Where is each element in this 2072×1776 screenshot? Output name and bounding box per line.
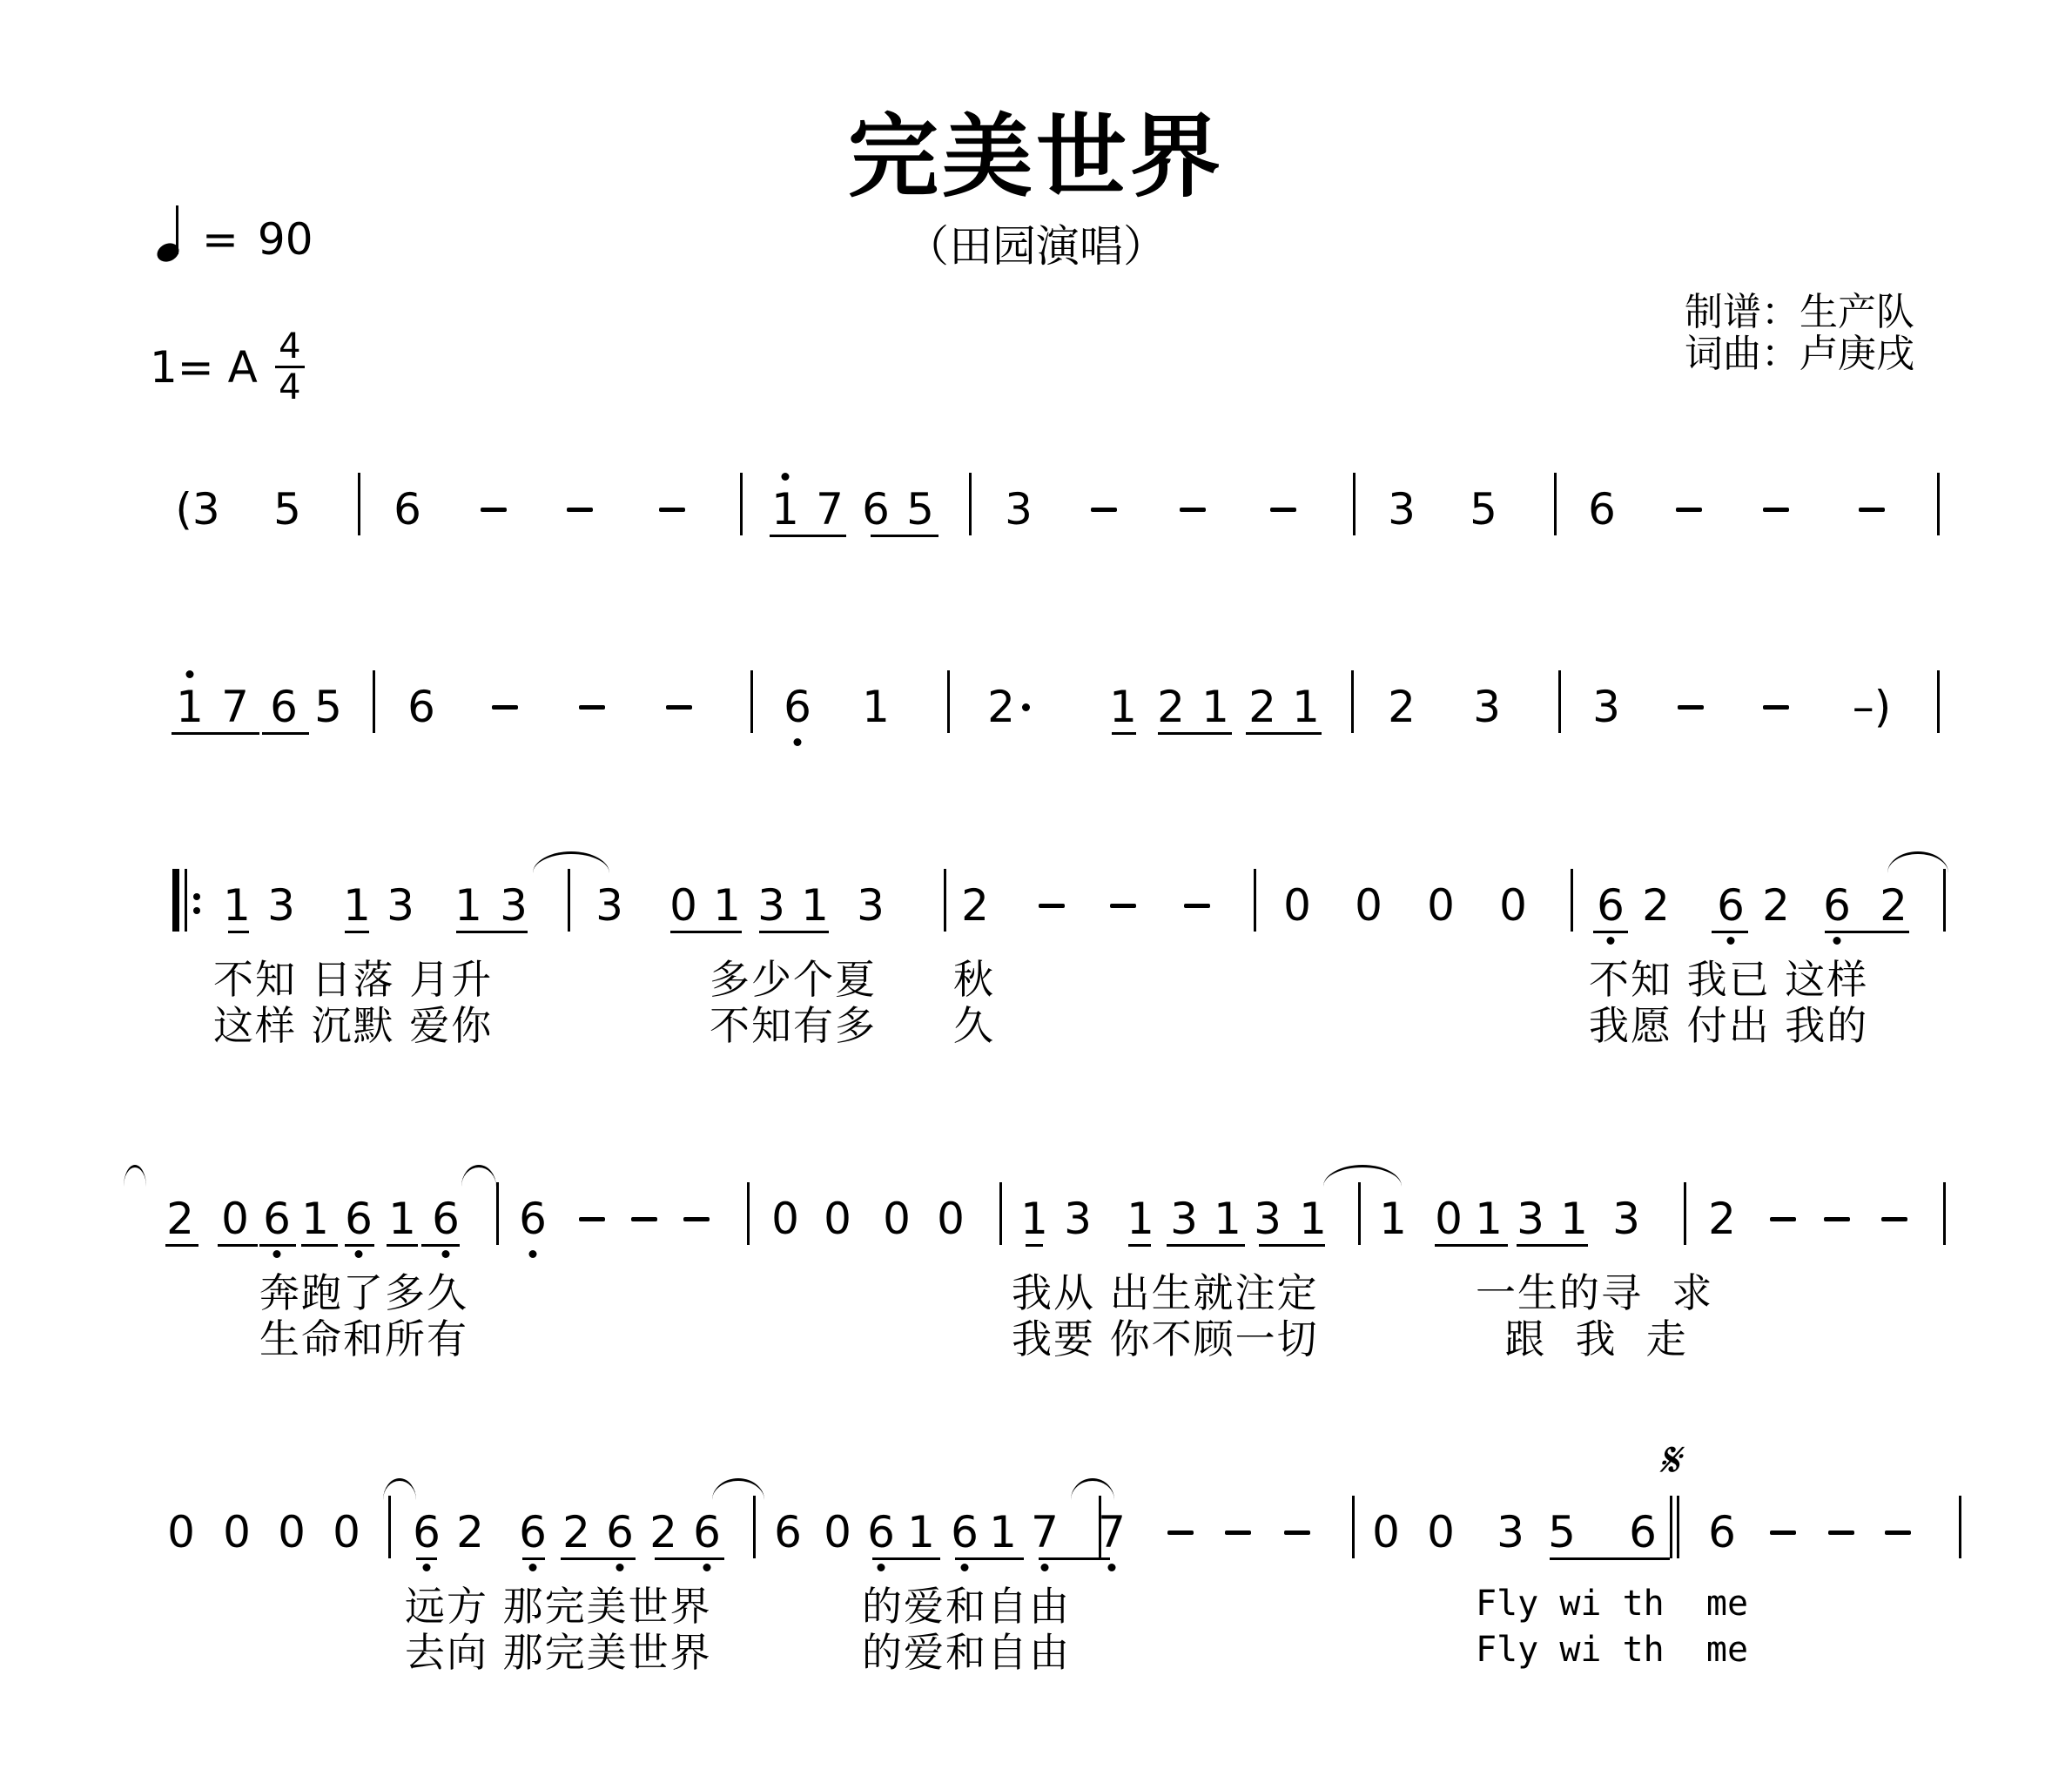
barline — [1558, 670, 1561, 733]
barline — [1943, 869, 1946, 932]
sustain-dash — [1859, 508, 1885, 512]
note: 0 — [221, 1197, 249, 1241]
note: 2 — [1157, 685, 1185, 729]
beam-underline — [262, 732, 309, 735]
note: 2 — [1388, 685, 1416, 729]
note: 1 — [223, 884, 251, 927]
note: 1 — [989, 1510, 1017, 1554]
note: 1 — [1201, 685, 1229, 729]
lyric-verse-2: Fly wi th me — [1476, 1632, 1748, 1667]
song-title: 完美世界 — [0, 111, 2072, 202]
sustain-dash — [492, 705, 518, 710]
octave-down-dot — [273, 1250, 281, 1258]
note: 0 — [883, 1197, 911, 1241]
note: 3 — [500, 884, 528, 927]
sustain-dash — [579, 705, 605, 710]
beam-underline — [345, 1244, 374, 1247]
note: 3 — [857, 884, 885, 927]
double-barline — [1670, 1496, 1672, 1558]
beam-underline — [1026, 1244, 1043, 1247]
note: 2 — [456, 1510, 484, 1554]
beam-underline — [167, 1244, 198, 1247]
lyric-verse-2: 我愿 付出 我的 — [1589, 1006, 1868, 1046]
repeat-dot — [193, 893, 200, 900]
sustain-dash — [666, 705, 692, 710]
note: 0 — [1283, 884, 1311, 927]
lyric-verse-1: 一生的寻 求 — [1476, 1273, 1713, 1313]
note: 1 — [1020, 1197, 1048, 1241]
sustain-dash — [567, 508, 593, 512]
augmentation-dot — [1022, 703, 1030, 711]
lyric-verse-2: 的爱和自由 — [862, 1632, 1071, 1672]
note: 6 — [1823, 884, 1851, 927]
beam-underline — [955, 1557, 1024, 1560]
note: 2 — [1880, 884, 1907, 927]
note: 2 — [1708, 1197, 1736, 1241]
beam-underline — [456, 931, 528, 933]
note: 6 — [1588, 488, 1616, 531]
barline — [1937, 670, 1940, 733]
beam-underline — [522, 1557, 545, 1560]
note: 6 — [519, 1197, 547, 1241]
note: 6 — [606, 1510, 634, 1554]
sustain-dash — [1678, 705, 1704, 710]
tempo-equals: = — [202, 218, 239, 261]
octave-down-dot — [529, 1564, 537, 1571]
note: 1 — [388, 1197, 416, 1241]
note: 6 — [1597, 884, 1625, 927]
beam-underline — [1825, 931, 1909, 933]
barline — [1943, 1182, 1946, 1245]
tie-slur — [124, 1165, 146, 1187]
beam-underline — [1246, 732, 1322, 735]
repeat-start-thick-bar — [172, 869, 179, 932]
barline — [740, 473, 743, 535]
note: 1 — [801, 884, 829, 927]
note: 3 — [1473, 685, 1501, 729]
beam-underline — [872, 1557, 940, 1560]
octave-down-dot — [616, 1564, 624, 1571]
note: 1 — [771, 488, 799, 531]
barline — [1254, 869, 1256, 932]
lyric-verse-1: 不知 我已 这样 — [1589, 959, 1868, 999]
note: 6 — [867, 1510, 895, 1554]
beam-underline — [1167, 1244, 1245, 1247]
lyric-verse-1: 奔跑了多久 — [259, 1273, 468, 1313]
beam-underline — [871, 535, 938, 537]
key-signature: 1= A 4 4 — [150, 329, 305, 405]
note: 7 — [1098, 1510, 1126, 1554]
lyric-verse-1: 我从 出生就注定 — [1012, 1273, 1319, 1313]
sustain-dash — [579, 1217, 605, 1221]
tie-slur — [1887, 851, 1948, 873]
note: 1 — [1214, 1197, 1241, 1241]
beam-underline — [670, 931, 742, 933]
tie-slur — [461, 1165, 496, 1187]
beam-underline — [1039, 1557, 1110, 1560]
note: 3 — [387, 884, 414, 927]
note: 3 — [757, 884, 785, 927]
note: 0 — [824, 1197, 851, 1241]
note: 0 — [1427, 1510, 1455, 1554]
note: 0 — [167, 1510, 195, 1554]
beam-underline — [1128, 1244, 1151, 1247]
note: 1 — [454, 884, 482, 927]
note: 1 — [907, 1510, 935, 1554]
beam-underline — [561, 1557, 636, 1560]
note: 6 — [432, 1197, 460, 1241]
octave-up-dot — [186, 670, 194, 678]
beam-underline — [759, 931, 829, 933]
beam-underline — [387, 1244, 418, 1247]
octave-down-dot — [1041, 1564, 1049, 1571]
note: 0 — [1355, 884, 1382, 927]
credit-composer: 词曲：卢庚戌 — [1685, 333, 1914, 375]
barline — [1571, 869, 1573, 932]
note: 6 — [1629, 1510, 1657, 1554]
note: 6 — [519, 1510, 547, 1554]
note: 7 — [1031, 1510, 1059, 1554]
note: 0 — [223, 1510, 251, 1554]
octave-down-dot — [1108, 1564, 1116, 1571]
beam-underline — [655, 1557, 724, 1560]
lyric-verse-2: 这样 沉默 爱你 — [213, 1006, 493, 1046]
note: 0 — [278, 1510, 306, 1554]
beam-underline — [228, 931, 249, 933]
sustain-dash — [1828, 1530, 1854, 1535]
sustain-dash — [1676, 508, 1702, 512]
note: 6 — [345, 1197, 373, 1241]
barline — [1353, 473, 1356, 535]
tie-slur — [712, 1478, 764, 1500]
note: 0 — [1427, 884, 1455, 927]
lyric-verse-2: 久 — [953, 1006, 995, 1046]
beam-underline — [345, 931, 369, 933]
note: 6 — [784, 685, 811, 729]
note: 2 — [987, 685, 1015, 729]
note: 6 — [270, 685, 298, 729]
barline — [568, 869, 570, 932]
note: 1 — [176, 685, 204, 729]
note: 0 — [824, 1510, 851, 1554]
sustain-dash — [1180, 508, 1206, 512]
beam-underline — [1158, 732, 1232, 735]
tie-slur — [533, 851, 609, 873]
octave-down-dot — [442, 1250, 450, 1258]
beam-underline — [301, 1244, 338, 1247]
note: –) — [1853, 685, 1892, 729]
note: 1 — [713, 884, 741, 927]
note: 5 — [314, 685, 342, 729]
barline — [999, 1182, 1002, 1245]
octave-down-dot — [961, 1564, 969, 1571]
barline — [1937, 473, 1940, 535]
note: 3 — [1064, 1197, 1092, 1241]
note: 6 — [1708, 1510, 1736, 1554]
tempo-marking: = 90 — [157, 207, 313, 261]
time-signature-bottom: 4 — [279, 370, 300, 405]
octave-down-dot — [878, 1564, 885, 1571]
note: 2 — [649, 1510, 677, 1554]
barline — [496, 1182, 499, 1245]
note: 1 — [862, 685, 890, 729]
note: 6 — [407, 685, 435, 729]
note: 3 — [267, 884, 295, 927]
credit-arranger: 制谱：生产队 — [1685, 292, 1914, 333]
time-signature-top: 4 — [279, 329, 300, 364]
tie-slur — [1071, 1478, 1114, 1500]
lyric-verse-2: 不知有多 — [710, 1006, 877, 1046]
lyric-verse-2: 生命和所有 — [259, 1319, 468, 1359]
lyric-verse-1: Fly wi th me — [1476, 1586, 1748, 1621]
note: 3 — [595, 884, 623, 927]
sustain-dash — [1270, 508, 1296, 512]
barline — [1554, 473, 1557, 535]
beam-underline — [1628, 1557, 1658, 1560]
beam-underline — [416, 1557, 437, 1560]
barline — [1351, 670, 1354, 733]
note: 3 — [1592, 685, 1620, 729]
sustain-dash — [1284, 1530, 1310, 1535]
note: 6 — [862, 488, 890, 531]
note: 3 — [1254, 1197, 1282, 1241]
beam-underline — [1112, 732, 1136, 735]
note: 3 — [1005, 488, 1033, 531]
beam-underline — [1593, 931, 1628, 933]
tempo-bpm: 90 — [258, 218, 313, 261]
note: 1 — [1299, 1197, 1327, 1241]
note: 5 — [273, 488, 301, 531]
sustain-dash — [1885, 1530, 1911, 1535]
note: 1 — [301, 1197, 329, 1241]
sustain-dash — [683, 1217, 710, 1221]
note: 5 — [1470, 488, 1497, 531]
lyric-verse-1: 多少个夏 — [710, 959, 877, 999]
barline — [1352, 1496, 1355, 1558]
lyric-verse-2: 我要 你不顾一切 — [1012, 1319, 1319, 1359]
barline — [1684, 1182, 1686, 1245]
beam-underline — [214, 732, 259, 735]
sustain-dash — [1110, 904, 1136, 908]
note: 3 — [1612, 1197, 1640, 1241]
note: 0 — [1372, 1510, 1400, 1554]
note: 3 — [1497, 1510, 1524, 1554]
note: 2 — [562, 1510, 590, 1554]
octave-down-dot — [423, 1564, 431, 1571]
note: 6 — [394, 488, 421, 531]
barline — [750, 670, 753, 733]
beam-underline — [259, 1244, 296, 1247]
sustain-dash — [1091, 508, 1117, 512]
note: 1 — [1292, 685, 1320, 729]
repeat-start-thin-bar — [185, 869, 187, 932]
note: 3 — [1170, 1197, 1198, 1241]
credits: 制谱：生产队 词曲：卢庚戌 — [1685, 292, 1914, 375]
barline — [969, 473, 972, 535]
octave-down-dot — [1833, 937, 1841, 945]
time-signature: 4 4 — [275, 329, 305, 405]
beam-underline — [1712, 931, 1748, 933]
beam-underline — [421, 1244, 460, 1247]
repeat-dot — [193, 907, 200, 914]
segno-icon: 𝄋 — [1658, 1436, 1679, 1485]
barline — [1358, 1182, 1361, 1245]
beam-underline — [1259, 1244, 1325, 1247]
sustain-dash — [1770, 1217, 1796, 1221]
octave-down-dot — [1607, 937, 1615, 945]
beam-underline — [1517, 1244, 1588, 1247]
key-label: 1= A — [150, 346, 258, 389]
note: 6 — [1717, 884, 1745, 927]
quarter-note-icon — [157, 207, 183, 261]
barline — [1959, 1496, 1961, 1558]
note: 1 — [1127, 1197, 1154, 1241]
note: 1 — [1475, 1197, 1503, 1241]
tie-slur — [1323, 1165, 1402, 1187]
barline — [753, 1496, 756, 1558]
sustain-dash — [1039, 904, 1065, 908]
barline — [373, 670, 375, 733]
sustain-dash — [1770, 1530, 1796, 1535]
lyric-verse-1: 不知 日落 月升 — [213, 959, 493, 999]
note: 0 — [669, 884, 697, 927]
sustain-dash — [1225, 1530, 1251, 1535]
sustain-dash — [1763, 705, 1789, 710]
beam-underline — [1435, 1244, 1508, 1247]
note: 6 — [263, 1197, 291, 1241]
lyric-verse-1: 的爱和自由 — [862, 1586, 1071, 1626]
note: 6 — [774, 1510, 802, 1554]
note: 0 — [1499, 884, 1527, 927]
note: 0 — [937, 1197, 965, 1241]
double-barline — [1677, 1496, 1679, 1558]
barline — [747, 1182, 750, 1245]
note: 2 — [166, 1197, 194, 1241]
sustain-dash — [659, 508, 685, 512]
barline — [944, 869, 946, 932]
note: 6 — [951, 1510, 979, 1554]
octave-down-dot — [794, 738, 802, 746]
note: 7 — [816, 488, 844, 531]
note: 3 — [1517, 1197, 1544, 1241]
octave-up-dot — [782, 473, 790, 481]
note: 3 — [1388, 488, 1416, 531]
note: 6 — [413, 1510, 441, 1554]
beam-underline — [770, 535, 846, 537]
note: 6 — [693, 1510, 721, 1554]
note: 0 — [333, 1510, 360, 1554]
note: 1 — [343, 884, 371, 927]
lyric-verse-1: 秋 — [953, 959, 995, 999]
note: 0 — [771, 1197, 799, 1241]
note: (3 — [175, 488, 219, 531]
note: 2 — [1762, 884, 1790, 927]
sustain-dash — [1824, 1217, 1850, 1221]
note: 2 — [1248, 685, 1276, 729]
sustain-dash — [1881, 1217, 1907, 1221]
tie-slur — [383, 1478, 416, 1500]
barline — [947, 670, 950, 733]
sustain-dash — [1184, 904, 1210, 908]
sustain-dash — [631, 1217, 657, 1221]
note: 5 — [906, 488, 934, 531]
octave-down-dot — [529, 1250, 537, 1258]
octave-down-dot — [355, 1250, 363, 1258]
sustain-dash — [1167, 1530, 1194, 1535]
sustain-dash — [481, 508, 507, 512]
note: 5 — [1548, 1510, 1576, 1554]
barline — [388, 1496, 391, 1558]
note: 7 — [221, 685, 249, 729]
note: 1 — [1560, 1197, 1588, 1241]
beam-underline — [218, 1244, 258, 1247]
note: 1 — [1109, 685, 1137, 729]
lyric-verse-2: 跟 我 走 — [1476, 1319, 1688, 1359]
sustain-dash — [1763, 508, 1789, 512]
note: 2 — [961, 884, 989, 927]
lyric-verse-1: 远方 那完美世界 — [405, 1586, 712, 1626]
note: 1 — [1379, 1197, 1407, 1241]
barline — [358, 473, 360, 535]
note: 2 — [1642, 884, 1670, 927]
note: 0 — [1435, 1197, 1463, 1241]
lyric-verse-2: 去向 那完美世界 — [405, 1632, 712, 1672]
octave-down-dot — [1727, 937, 1735, 945]
octave-down-dot — [703, 1564, 711, 1571]
